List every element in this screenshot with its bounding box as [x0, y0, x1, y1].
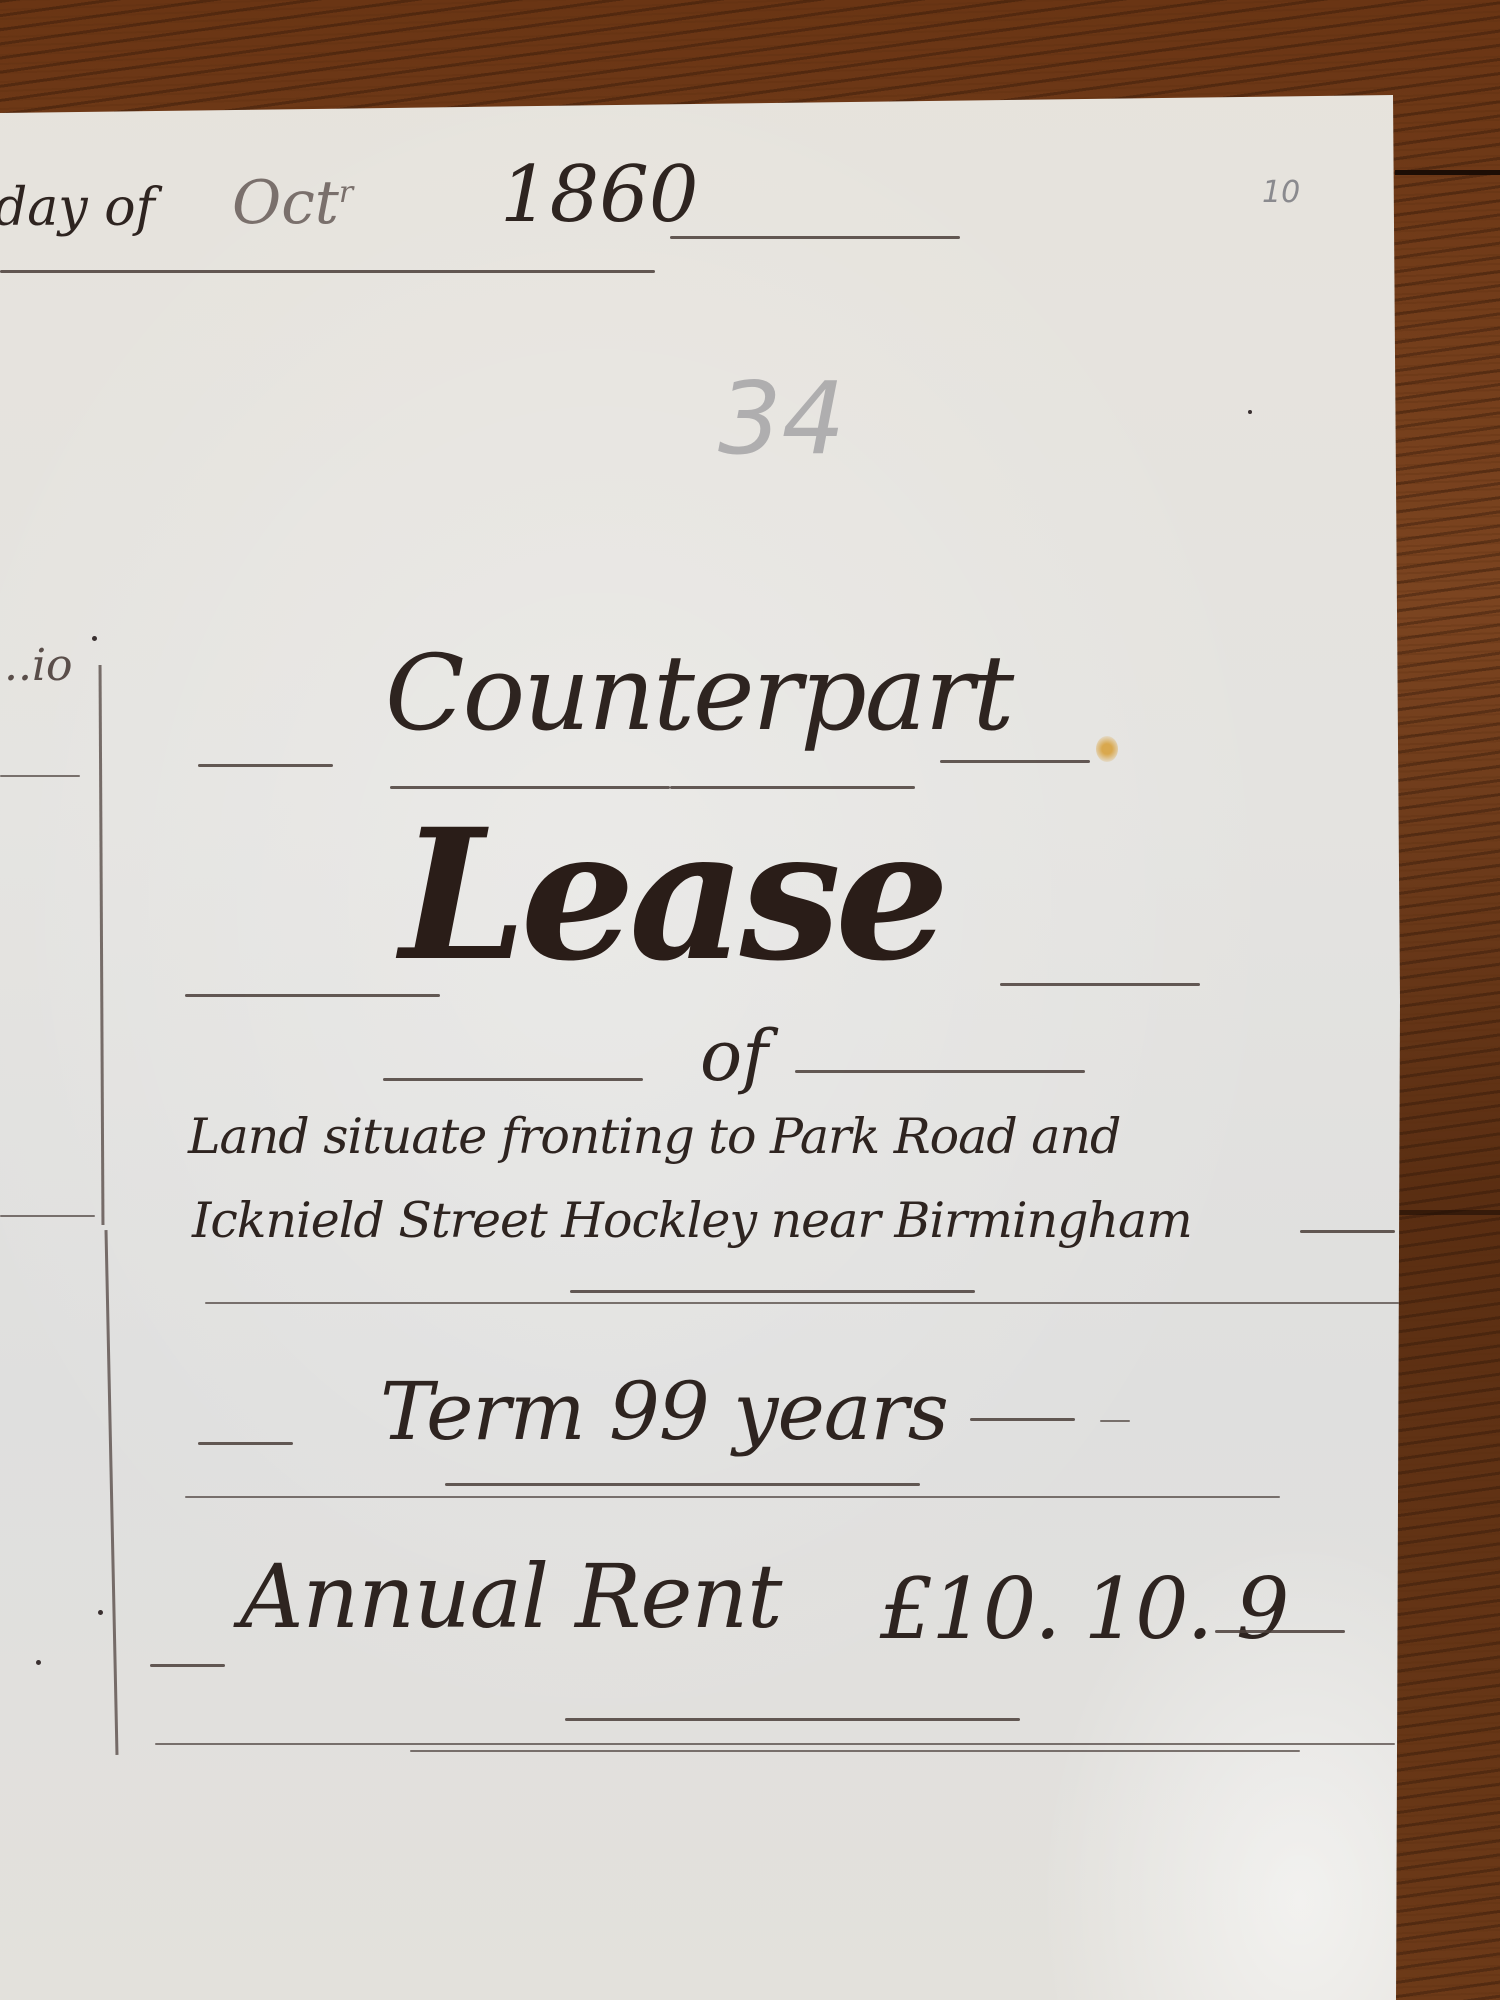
margin-fragment: ...io — [0, 640, 73, 691]
rent-left-rule — [150, 1664, 225, 1667]
section-divider — [155, 1743, 1395, 1745]
rent-label: Annual Rent — [240, 1545, 782, 1648]
title-counterpart: Counterpart — [385, 632, 1012, 754]
counterpart-underline — [390, 786, 670, 789]
description-underline — [570, 1290, 975, 1293]
term-underline — [445, 1483, 920, 1486]
pencil-page-number: 10 — [1262, 175, 1300, 210]
margin-rule — [0, 775, 80, 777]
of-left-rule — [383, 1078, 643, 1081]
lease-left-rule — [185, 994, 440, 997]
margin-bracket-upper — [99, 665, 105, 1225]
section-divider — [205, 1302, 1400, 1304]
title-right-rule — [940, 760, 1090, 763]
date-underline — [0, 270, 655, 273]
section-divider — [185, 1496, 1280, 1498]
date-trailing-rule — [670, 236, 960, 239]
margin-bracket-lower — [105, 1230, 119, 1755]
term-right-rule — [970, 1418, 1075, 1421]
month-superscript: r — [339, 175, 353, 210]
margin-rule — [0, 1215, 95, 1217]
property-description-line2: Icknield Street Hockley near Birmingham — [192, 1192, 1192, 1249]
ink-dot — [98, 1610, 103, 1615]
table-board-seam — [1395, 170, 1500, 175]
section-divider — [410, 1750, 1300, 1752]
pencil-note: 34 — [718, 360, 845, 477]
term-right-rule — [1100, 1420, 1130, 1422]
counterpart-underline — [670, 786, 915, 789]
rent-amount: £10. 10. 9 — [880, 1560, 1287, 1658]
rent-right-rule — [1215, 1630, 1345, 1633]
ink-dot — [92, 636, 97, 641]
lease-document: day of Octr 1860 10 34 ...io Counterpart… — [0, 0, 1500, 2000]
ink-stain — [1096, 736, 1118, 762]
rent-underline — [565, 1718, 1020, 1721]
month-text: Oct — [232, 168, 339, 238]
title-lease: Lease — [400, 790, 944, 1001]
description-trailing-rule — [1300, 1230, 1395, 1233]
property-description-line1: Land situate fronting to Park Road and — [188, 1108, 1120, 1165]
ink-dot — [36, 1660, 41, 1665]
date-prefix: day of — [0, 178, 155, 238]
term-left-rule — [198, 1442, 293, 1445]
date-month: Octr — [232, 168, 353, 238]
title-left-rule — [198, 764, 333, 767]
lease-term: Term 99 years — [380, 1365, 948, 1458]
title-connector-of: of — [700, 1015, 768, 1097]
of-right-rule — [795, 1070, 1085, 1073]
ink-dot — [1248, 410, 1252, 414]
date-year: 1860 — [500, 150, 699, 240]
table-board-seam — [1395, 1210, 1500, 1215]
lease-right-rule — [1000, 983, 1200, 986]
